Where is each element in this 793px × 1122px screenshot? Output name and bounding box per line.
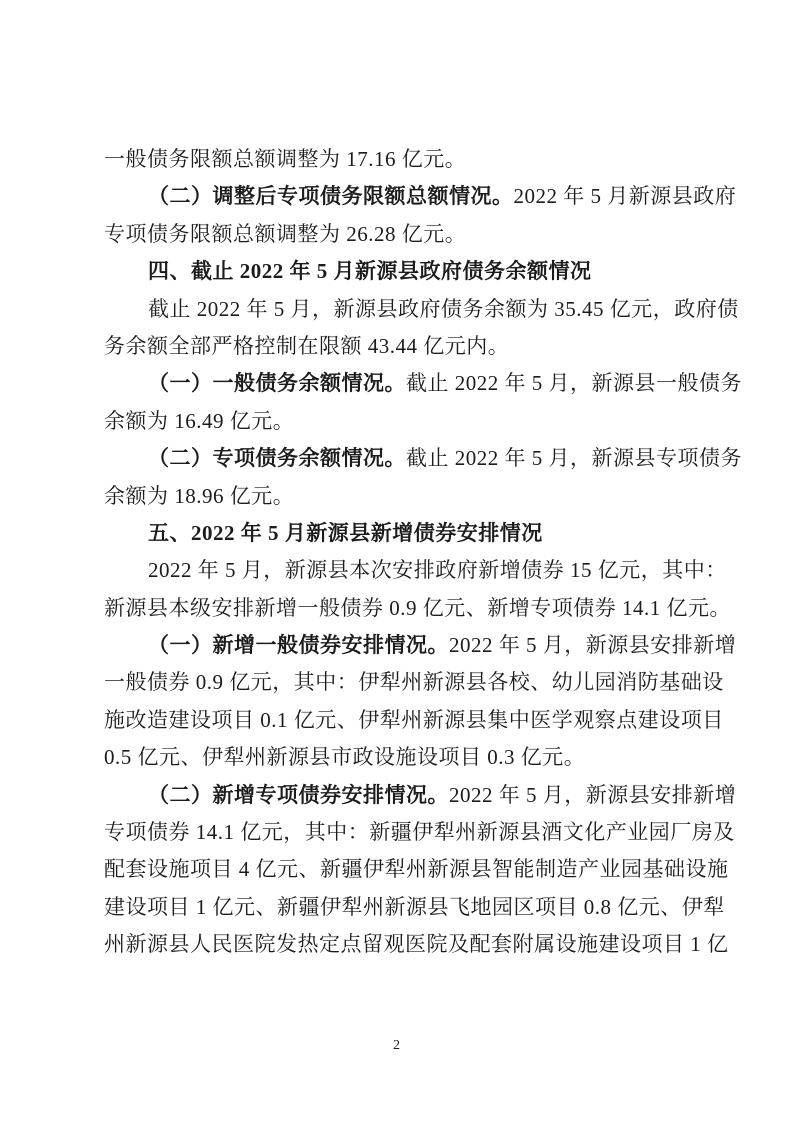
text-line: 余额为 16.49 亿元。 — [104, 403, 688, 440]
text-run: 务余额全部严格控制在限额 43.44 亿元内。 — [104, 334, 509, 358]
document-page: 一般债务限额总额调整为 17.16 亿元。（二）调整后专项债务限额总额情况。20… — [0, 0, 793, 1122]
text-line: （一）新增一般债券安排情况。2022 年 5 月，新源县安排新增 — [104, 627, 688, 664]
text-line: 一般债务限额总额调整为 17.16 亿元。 — [104, 141, 688, 178]
text-run: 专项债券 14.1 亿元，其中：新疆伊犁州新源县酒文化产业园厂房及 — [104, 820, 735, 844]
text-line: 一般债券 0.9 亿元，其中：伊犁州新源县各校、幼儿园消防基础设 — [104, 664, 688, 701]
text-run: 施改造建设项目 0.1 亿元、伊犁州新源县集中医学观察点建设项目 — [104, 708, 724, 732]
text-run: 2022 年 5 月，新源县安排新增 — [449, 633, 736, 657]
text-run: 建设项目 1 亿元、新疆伊犁州新源县飞地园区项目 0.8 亿元、伊犁 — [104, 895, 725, 919]
text-line: 施改造建设项目 0.1 亿元、伊犁州新源县集中医学观察点建设项目 — [104, 702, 688, 739]
text-run: 2022 年 5 月，新源县安排新增 — [449, 783, 736, 807]
text-run: 截止 2022 年 5 月，新源县一般债务 — [406, 371, 742, 395]
bold-text-run: （二）新增专项债券安排情况。 — [148, 783, 449, 807]
text-run: 一般债务限额总额调整为 17.16 亿元。 — [104, 147, 466, 171]
bold-text-run: 四、截止 2022 年 5 月新源县政府债务余额情况 — [148, 259, 592, 283]
text-line: 专项债券 14.1 亿元，其中：新疆伊犁州新源县酒文化产业园厂房及 — [104, 814, 688, 851]
text-line: 新源县本级安排新增一般债券 0.9 亿元、新增专项债券 14.1 亿元。 — [104, 590, 688, 627]
bold-text-run: （二）专项债务余额情况。 — [148, 446, 406, 470]
text-line: 截止 2022 年 5 月，新源县政府债务余额为 35.45 亿元，政府债 — [104, 291, 688, 328]
text-run: 2022 年 5 月新源县政府 — [514, 184, 737, 208]
text-line: 余额为 18.96 亿元。 — [104, 478, 688, 515]
bold-text-run: 五、2022 年 5 月新源县新增债券安排情况 — [148, 521, 543, 545]
text-line: 州新源县人民医院发热定点留观医院及配套附属设施建设项目 1 亿 — [104, 926, 688, 963]
text-run: 一般债券 0.9 亿元，其中：伊犁州新源县各校、幼儿园消防基础设 — [104, 670, 724, 694]
bold-text-run: （二）调整后专项债务限额总额情况。 — [148, 184, 514, 208]
text-run: 余额为 18.96 亿元。 — [104, 484, 294, 508]
text-line: 四、截止 2022 年 5 月新源县政府债务余额情况 — [104, 253, 688, 290]
text-line: （一）一般债务余额情况。截止 2022 年 5 月，新源县一般债务 — [104, 365, 688, 402]
text-line: 2022 年 5 月，新源县本次安排政府新增债券 15 亿元，其中： — [104, 552, 688, 589]
text-run: 截止 2022 年 5 月，新源县专项债务 — [406, 446, 742, 470]
text-line: 五、2022 年 5 月新源县新增债券安排情况 — [104, 515, 688, 552]
text-run: 0.5 亿元、伊犁州新源县市政设施设项目 0.3 亿元。 — [104, 745, 585, 769]
bold-text-run: （一）新增一般债券安排情况。 — [148, 633, 449, 657]
page-number: 2 — [0, 1038, 793, 1054]
text-line: 建设项目 1 亿元、新疆伊犁州新源县飞地园区项目 0.8 亿元、伊犁 — [104, 889, 688, 926]
text-run: 新源县本级安排新增一般债券 0.9 亿元、新增专项债券 14.1 亿元。 — [104, 596, 731, 620]
text-line: 务余额全部严格控制在限额 43.44 亿元内。 — [104, 328, 688, 365]
text-line: （二）调整后专项债务限额总额情况。2022 年 5 月新源县政府 — [104, 178, 688, 215]
text-run: 专项债务限额总额调整为 26.28 亿元。 — [104, 222, 466, 246]
text-line: 0.5 亿元、伊犁州新源县市政设施设项目 0.3 亿元。 — [104, 739, 688, 776]
text-run: 余额为 16.49 亿元。 — [104, 409, 294, 433]
text-run: 配套设施项目 4 亿元、新疆伊犁州新源县智能制造产业园基础设施 — [104, 857, 729, 881]
text-line: （二）专项债务余额情况。截止 2022 年 5 月，新源县专项债务 — [104, 440, 688, 477]
document-body: 一般债务限额总额调整为 17.16 亿元。（二）调整后专项债务限额总额情况。20… — [104, 141, 688, 964]
text-run: 2022 年 5 月，新源县本次安排政府新增债券 15 亿元，其中： — [148, 558, 727, 582]
text-line: 配套设施项目 4 亿元、新疆伊犁州新源县智能制造产业园基础设施 — [104, 851, 688, 888]
text-line: 专项债务限额总额调整为 26.28 亿元。 — [104, 216, 688, 253]
bold-text-run: （一）一般债务余额情况。 — [148, 371, 406, 395]
text-run: 州新源县人民医院发热定点留观医院及配套附属设施建设项目 1 亿 — [104, 932, 729, 956]
text-run: 截止 2022 年 5 月，新源县政府债务余额为 35.45 亿元，政府债 — [148, 297, 739, 321]
text-line: （二）新增专项债券安排情况。2022 年 5 月，新源县安排新增 — [104, 777, 688, 814]
